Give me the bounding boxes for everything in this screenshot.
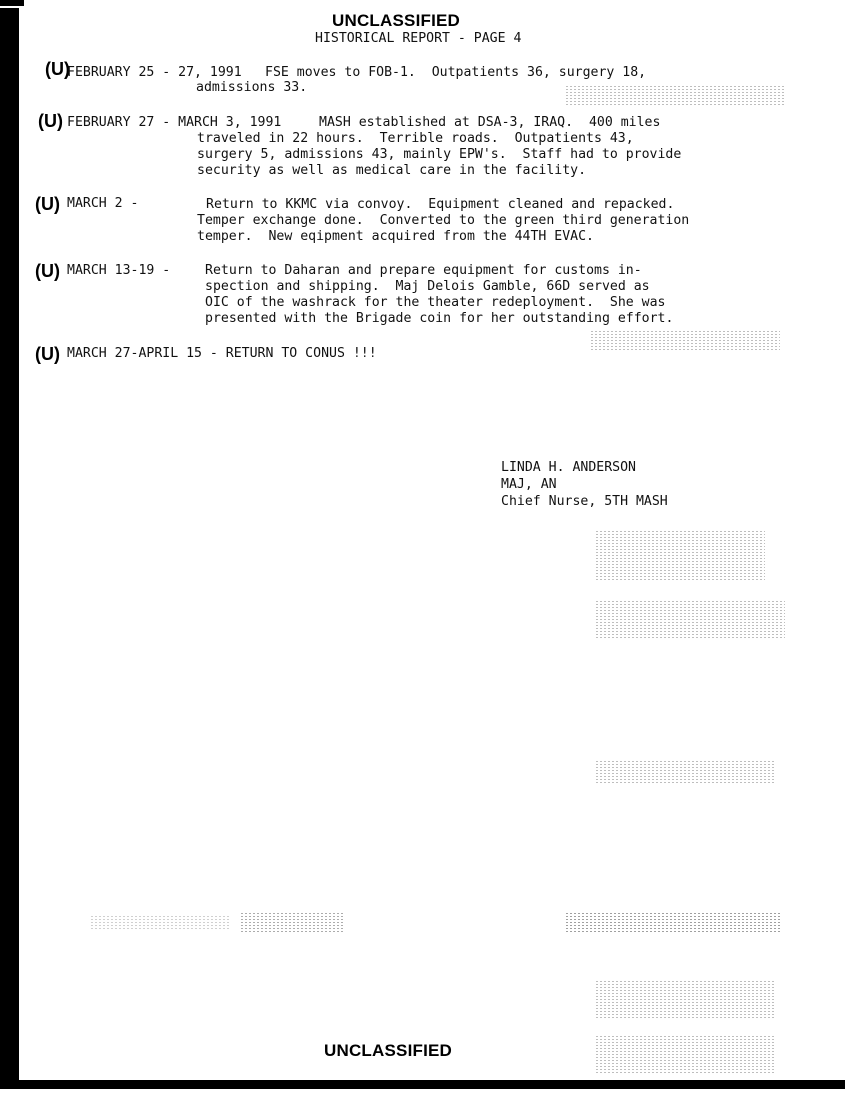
scan-noise: [595, 980, 775, 1020]
entry-line: admissions 33.: [196, 80, 307, 95]
scan-noise: [595, 1035, 775, 1075]
scan-noise: [595, 760, 775, 785]
entry-line: security as well as medical care in the …: [197, 163, 586, 178]
entry-line: traveled in 22 hours. Terrible roads. Ou…: [197, 131, 634, 146]
classification-marker: (U): [35, 194, 60, 215]
classification-marker: (U): [35, 261, 60, 282]
report-subtitle: HISTORICAL REPORT - PAGE 4: [315, 31, 521, 46]
signer-rank: MAJ, AN: [501, 477, 557, 492]
entry-line: Return to Daharan and prepare equipment …: [205, 263, 642, 278]
scan-bottom-border: [0, 1080, 845, 1089]
scan-noise: [240, 912, 345, 932]
entry-line: spection and shipping. Maj Delois Gamble…: [205, 279, 650, 294]
entry-line: presented with the Brigade coin for her …: [205, 311, 673, 326]
classification-header: UNCLASSIFIED: [332, 11, 460, 31]
entry-date: FEBRUARY 25 - 27, 1991: [67, 65, 242, 80]
classification-marker: (U): [38, 111, 63, 132]
entry-date: MARCH 2 -: [67, 196, 138, 211]
signer-title: Chief Nurse, 5TH MASH: [501, 494, 668, 509]
scan-left-border: [0, 8, 19, 1088]
scan-noise: [590, 330, 780, 350]
scan-noise: [595, 600, 785, 640]
classification-marker: (U): [35, 344, 60, 365]
entry-line: OIC of the washrack for the theater rede…: [205, 295, 666, 310]
entry-line: surgery 5, admissions 43, mainly EPW's. …: [197, 147, 681, 162]
entry-line: Return to KKMC via convoy. Equipment cle…: [206, 197, 674, 212]
scan-edge-notch: [0, 0, 24, 6]
entry-line: FSE moves to FOB-1. Outpatients 36, surg…: [265, 65, 646, 80]
classification-footer: UNCLASSIFIED: [324, 1041, 452, 1061]
scan-noise: [90, 915, 230, 930]
entry-line: Temper exchange done. Converted to the g…: [197, 213, 689, 228]
entry-date: MARCH 27-APRIL 15 - RETURN TO CONUS !!!: [67, 346, 377, 361]
scan-noise: [565, 85, 785, 105]
entry-date: FEBRUARY 27 - MARCH 3, 1991: [67, 115, 281, 130]
scan-noise: [595, 530, 765, 580]
entry-line: MASH established at DSA-3, IRAQ. 400 mil…: [319, 115, 660, 130]
entry-date: MARCH 13-19 -: [67, 263, 170, 278]
signer-name: LINDA H. ANDERSON: [501, 460, 636, 475]
scan-noise: [565, 912, 780, 934]
entry-line: temper. New eqipment acquired from the 4…: [197, 229, 594, 244]
